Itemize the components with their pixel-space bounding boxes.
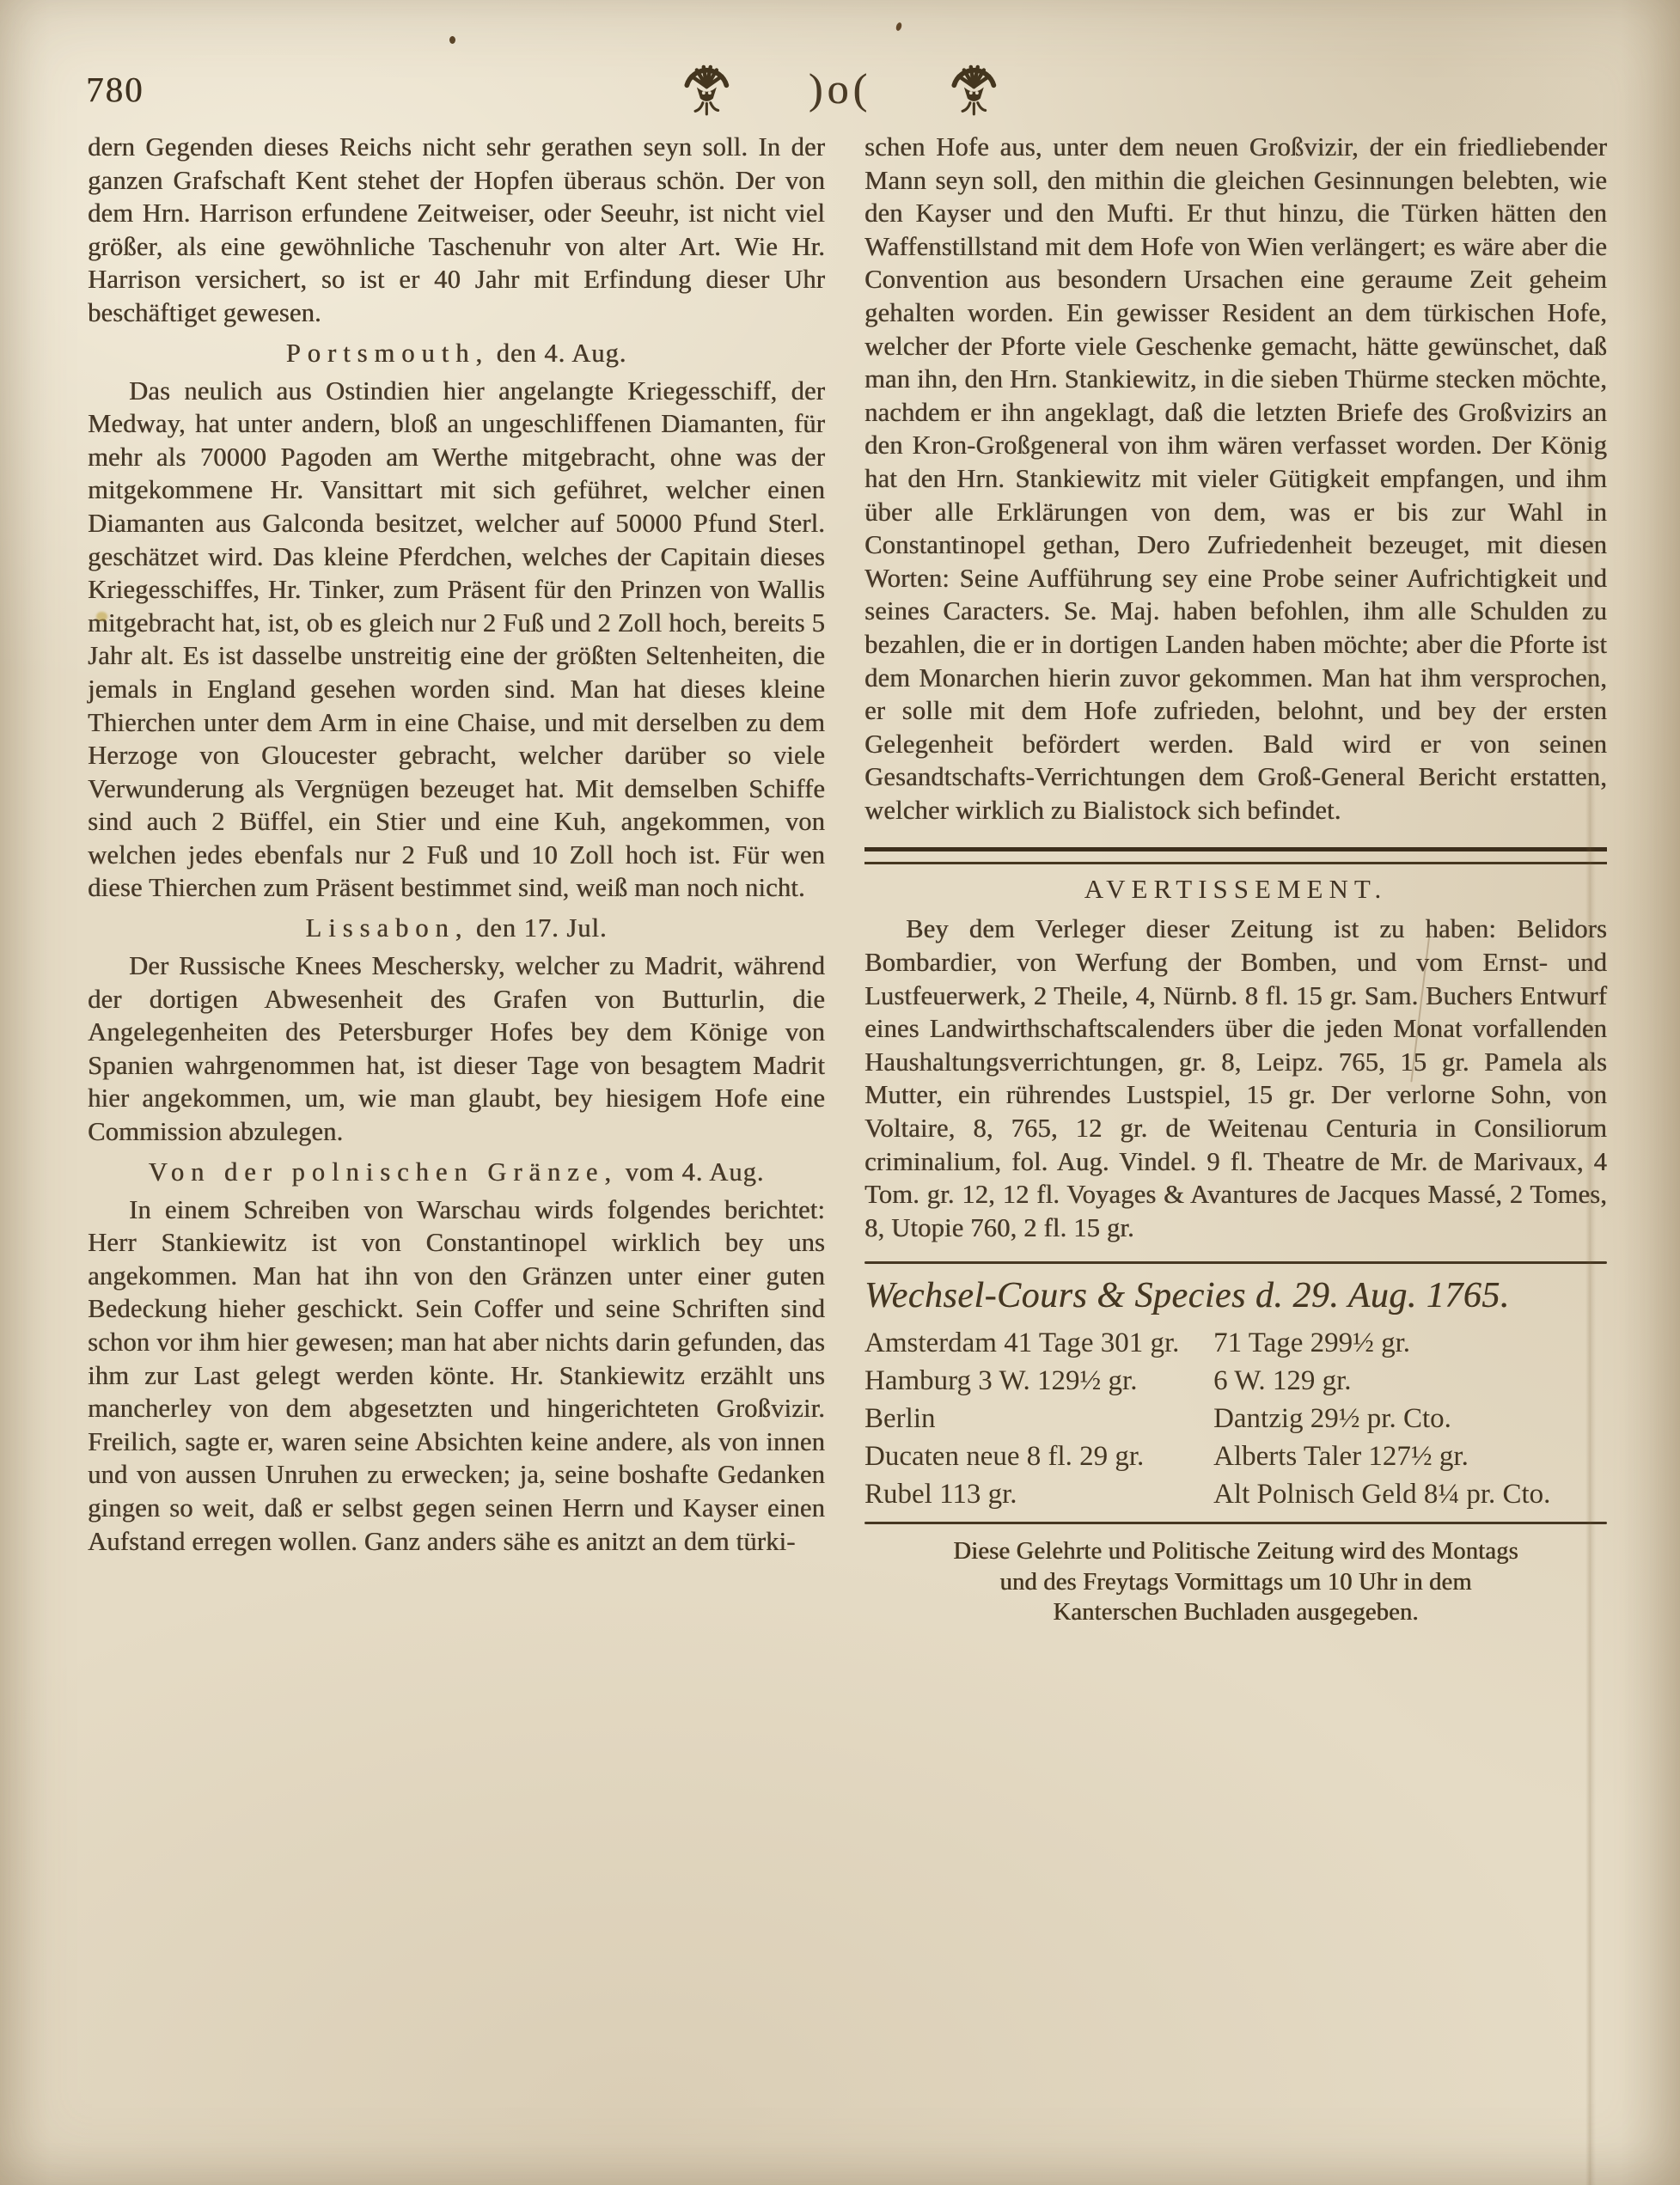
wechsel-cell-right: 71 Tage 299½ gr.: [1213, 1324, 1607, 1362]
wechsel-cell-right: Alberts Taler 127½ gr.: [1213, 1437, 1607, 1475]
wechsel-cell-left: Rubel 113 gr.: [864, 1475, 1213, 1513]
heading-place: Lissabon,: [305, 913, 468, 943]
avertissement-text: Bey dem Verleger dieser Zeitung ist zu h…: [864, 912, 1607, 1244]
section-heading: Portsmouth, den 4. Aug.: [88, 336, 825, 370]
wechsel-row: BerlinDantzig 29½ pr. Cto.: [864, 1400, 1607, 1437]
wechsel-cours-title: Wechsel-Cours & Species d. 29. Aug. 1765…: [864, 1273, 1607, 1319]
newspaper-page: 780 )o(: [0, 0, 1680, 2185]
wechsel-cell-left: Ducaten neue 8 fl. 29 gr.: [864, 1437, 1213, 1475]
right-column: schen Hofe aus, unter dem neuen Großvizi…: [864, 131, 1607, 1628]
double-rule-divider: [864, 847, 1607, 864]
paper-stain: [449, 36, 455, 44]
body-paragraph: In einem Schreiben von Warschau wirds fo…: [88, 1193, 825, 1559]
wechsel-cell-right: Dantzig 29½ pr. Cto.: [1213, 1400, 1607, 1437]
imprint-note: Diese Gelehrte und Politische Zeitung wi…: [864, 1536, 1607, 1628]
paper-crease: [1585, 455, 1596, 2185]
wechsel-row: Ducaten neue 8 fl. 29 gr.Alberts Taler 1…: [864, 1437, 1607, 1475]
column-divider-mark: )o(: [809, 63, 871, 114]
rule-divider: [864, 1522, 1607, 1524]
wechsel-cell-right: Alt Polnisch Geld 8¼ pr. Cto.: [1213, 1475, 1607, 1513]
wechsel-cell-right: 6 W. 129 gr.: [1213, 1362, 1607, 1400]
header-ornaments: )o(: [680, 53, 1000, 120]
body-paragraph: Der Russische Knees Meschersky, welcher …: [88, 949, 825, 1149]
body-paragraph: Das neulich aus Ostindien hier angelangt…: [88, 375, 825, 906]
section-heading: Von der polnischen Gränze, vom 4. Aug.: [88, 1155, 825, 1189]
heading-place: Von der polnischen Gränze,: [149, 1157, 618, 1187]
paper-stain: [895, 21, 903, 31]
heading-place: Portsmouth,: [286, 339, 489, 368]
shell-ornament-icon: [680, 53, 733, 120]
imprint-line: Kanterschen Buchladen ausgegeben.: [1053, 1599, 1418, 1626]
page-number: 780: [86, 69, 144, 110]
wechsel-row: Hamburg 3 W. 129½ gr.6 W. 129 gr.: [864, 1362, 1607, 1400]
imprint-line: Diese Gelehrte und Politische Zeitung wi…: [953, 1538, 1518, 1565]
wechsel-row: Rubel 113 gr.Alt Polnisch Geld 8¼ pr. Ct…: [864, 1475, 1607, 1513]
body-paragraph: dern Gegenden dieses Reichs nicht sehr g…: [88, 131, 825, 330]
wechsel-cell-left: Hamburg 3 W. 129½ gr.: [864, 1362, 1213, 1400]
imprint-line: und des Freytags Vormittags um 10 Uhr in…: [999, 1569, 1471, 1596]
body-paragraph: schen Hofe aus, unter dem neuen Großvizi…: [864, 131, 1607, 827]
wechsel-cell-left: Amsterdam 41 Tage 301 gr.: [864, 1324, 1213, 1362]
heading-date: den 4. Aug.: [489, 339, 626, 368]
wechsel-table: Amsterdam 41 Tage 301 gr.71 Tage 299½ gr…: [864, 1324, 1607, 1513]
wechsel-row: Amsterdam 41 Tage 301 gr.71 Tage 299½ gr…: [864, 1324, 1607, 1362]
rule-divider: [864, 1261, 1607, 1264]
heading-date: den 17. Jul.: [468, 913, 607, 943]
heading-date: vom 4. Aug.: [618, 1157, 764, 1187]
section-heading: Lissabon, den 17. Jul.: [88, 911, 825, 945]
wechsel-cell-left: Berlin: [864, 1400, 1213, 1437]
left-column: dern Gegenden dieses Reichs nicht sehr g…: [88, 131, 825, 1558]
shell-ornament-icon: [947, 53, 1000, 120]
avertissement-heading: AVERTISSEMENT.: [864, 871, 1607, 907]
paper-stain: [96, 612, 107, 621]
